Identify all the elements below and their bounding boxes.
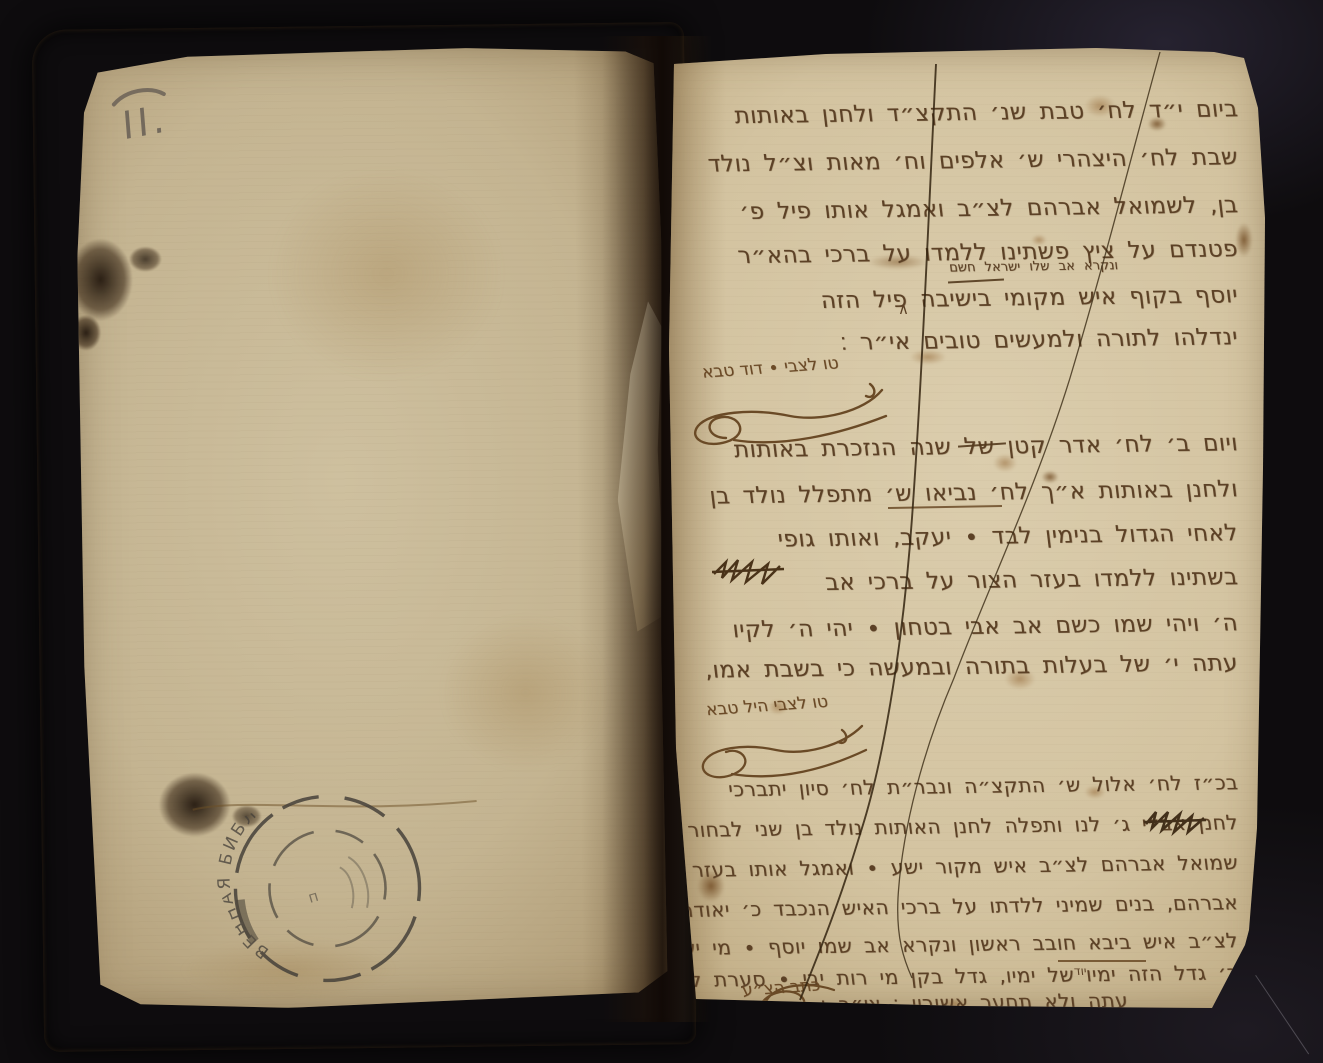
crossed-out-scribble xyxy=(1144,808,1208,838)
right-page: ביום י״ד לח׳ טבת שנ׳ התקצ״ד ולחנן באותות… xyxy=(666,48,1268,1012)
paper-stain xyxy=(220,122,553,425)
ink-blot xyxy=(123,242,167,276)
stamp-inner-ring xyxy=(251,812,405,966)
folio-mark: II. xyxy=(121,96,170,149)
stamp-inner-mark: п xyxy=(306,887,321,907)
backdrop-scratch xyxy=(1255,975,1309,1055)
manuscript-photo: II. ВЕННАЯ БИБЛ п xyxy=(0,0,1323,1063)
stamp-arc-text: ВЕННАЯ БИБЛ xyxy=(195,800,317,969)
signature-flourish xyxy=(716,976,851,1038)
svg-text:ВЕННАЯ БИБЛ: ВЕННАЯ БИБЛ xyxy=(195,800,317,969)
underline-mark xyxy=(1058,960,1146,962)
manuscript-line: לצ״ב איש ביבא חובב ראשון ונקרא אב שמו יו… xyxy=(692,928,1240,960)
interline-addition: יוד xyxy=(1073,964,1087,978)
entry-3: בכ״ז לח׳ אלול ש׳ התקצ״ה ונבר״ת לח׳ סיון … xyxy=(666,48,1268,1012)
folio-mark-group: II. xyxy=(104,82,183,167)
left-page: II. ВЕННАЯ БИБЛ п xyxy=(69,41,672,1015)
stamp-inner-squiggle xyxy=(332,854,377,913)
manuscript-line: אברהם, בנים שמיני ללדתו על ברכי האיש הנכ… xyxy=(692,890,1240,922)
manuscript-line: שמואל אברהם לצ״ב איש מקור ישע ∙ ואמגל או… xyxy=(692,850,1240,882)
manuscript-line: בכ״ז לח׳ אלול ש׳ התקצ״ה ונבר״ת לח׳ סיון … xyxy=(692,770,1240,802)
